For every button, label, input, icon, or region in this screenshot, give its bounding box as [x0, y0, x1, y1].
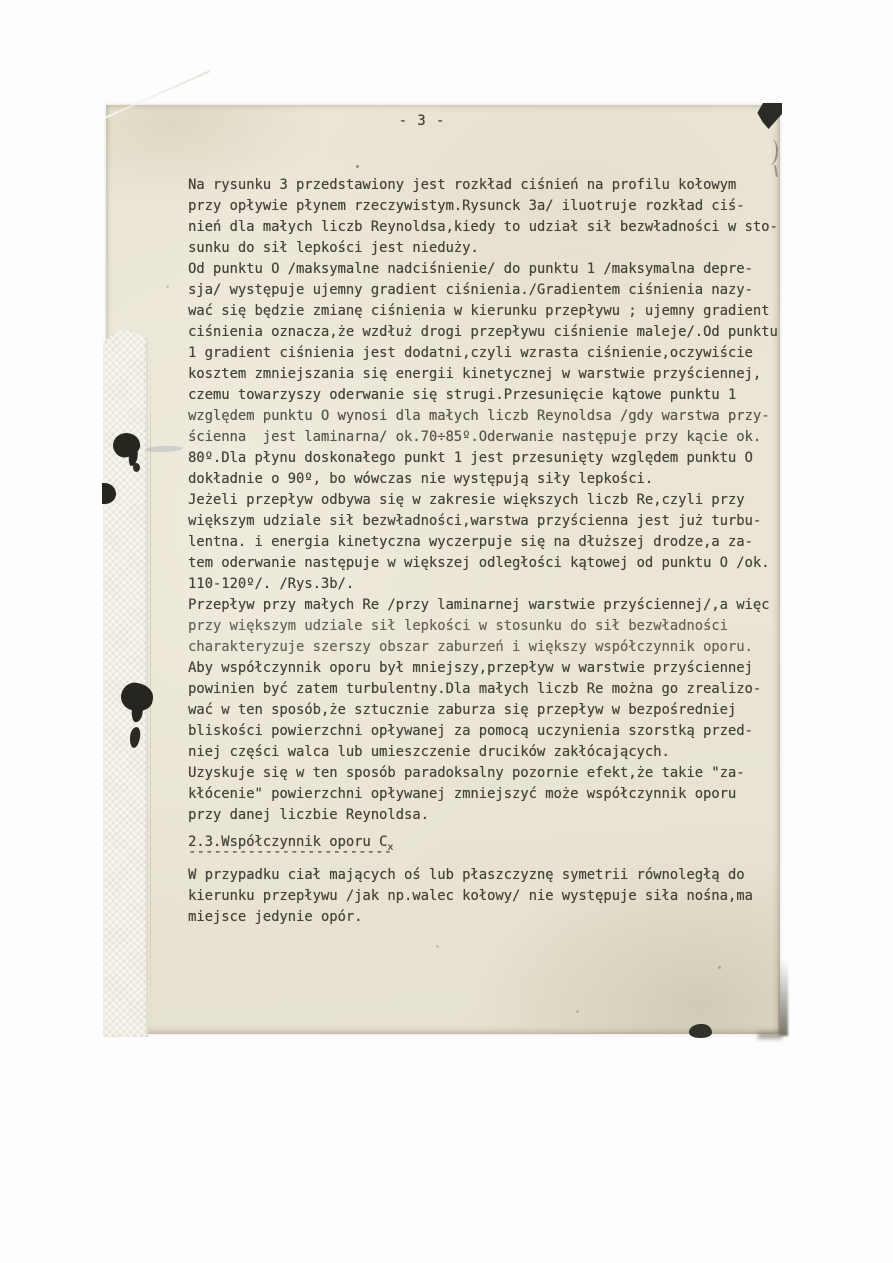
- text-line: 80º.Dla płynu doskonałego punkt 1 jest p…: [188, 448, 788, 469]
- text-line: sunku do sił lepkości jest nieduży.: [188, 238, 788, 259]
- text-line: Na rysunku 3 przedstawiony jest rozkład …: [188, 175, 788, 196]
- typewritten-text-block: Na rysunku 3 przedstawiony jest rozkład …: [188, 175, 788, 928]
- text-line: kłócenie" powierzchni opływanej zmniejsz…: [188, 784, 788, 805]
- text-line: wać się będzie zmianę ciśnienia w kierun…: [188, 301, 788, 322]
- text-line: Przepływ przy małych Re /przy laminarnej…: [188, 595, 788, 616]
- scan-edge-shadow: [758, 1032, 782, 1039]
- paper-speck: [166, 285, 169, 288]
- document-page: - 3 - Na rysunku 3 przedstawiony jest ro…: [106, 105, 780, 1034]
- top-right-corner-mark: [754, 103, 782, 129]
- ink-blob: [689, 1024, 712, 1038]
- paper-speck: [356, 165, 359, 168]
- paper-speck: [576, 1010, 579, 1013]
- scan-background: - 3 - Na rysunku 3 przedstawiony jest ro…: [0, 0, 893, 1263]
- text-line: sja/ występuje ujemny gradient ciśnienia…: [188, 280, 788, 301]
- text-line: W przypadku ciał mających oś lub płaszcz…: [188, 865, 788, 886]
- scan-edge-shadow: [779, 960, 788, 1036]
- text-line: charakteryzuje szerszy obszar zaburzeń i…: [188, 637, 788, 658]
- text-line: powinien być zatem turbulentny.Dla małyc…: [188, 679, 788, 700]
- text-line: niej części walca lub umieszczenie druci…: [188, 742, 788, 763]
- corner-crease: [100, 70, 210, 121]
- ink-blob: [133, 463, 140, 472]
- paper-speck: [718, 966, 721, 969]
- text-line: Jeżeli przepływ odbywa się w zakresie wi…: [188, 490, 788, 511]
- text-line: względem punktu O wynosi dla małych licz…: [188, 406, 788, 427]
- text-line: przy większym udziale sił lepkości w sto…: [188, 616, 788, 637]
- text-line: większym udziale sił bezwładności,warstw…: [188, 511, 788, 532]
- page-number: - 3 -: [376, 113, 468, 129]
- text-line: nień dla małych liczb Reynoldsa,kiedy to…: [188, 217, 788, 238]
- text-line: Od punktu O /maksymalne nadciśnienie/ do…: [188, 259, 788, 280]
- text-line: tem oderwanie następuje w większej odleg…: [188, 553, 788, 574]
- text-line: dokładnie o 90º, bo wówczas nie występuj…: [188, 469, 788, 490]
- text-line: bliskości powierzchni opływanej za pomoc…: [188, 721, 788, 742]
- text-line: ciśnienia oznacza,że wzdłuż drogi przepł…: [188, 322, 788, 343]
- text-line: kierunku przepływu /jak np.walec kołowy/…: [188, 886, 788, 907]
- right-edge-pen-mark: [766, 138, 780, 165]
- text-line: 110-120º/. /Rys.3b/.: [188, 574, 788, 595]
- paper-speck: [436, 945, 439, 948]
- smudge-mark: [145, 445, 183, 452]
- text-line: wać w ten sposób,że sztucznie zaburza si…: [188, 700, 788, 721]
- closing-paragraph: W przypadku ciał mających oś lub płaszcz…: [188, 865, 788, 928]
- text-line: ścienna jest laminarna/ ok.70÷85º.Oderwa…: [188, 427, 788, 448]
- text-line: czemu towarzyszy oderwanie się strugi.Pr…: [188, 385, 788, 406]
- heading-underline: ------------------------: [188, 842, 788, 863]
- text-line: lentna. i energia kinetyczna wyczerpuje …: [188, 532, 788, 553]
- text-line: przy danej liczbie Reynoldsa.: [188, 805, 788, 826]
- text-line: miejsce jedynie opór.: [188, 907, 788, 928]
- text-line: przy opływie płynem rzeczywistym.Rysunck…: [188, 196, 788, 217]
- text-line: Aby współczynnik oporu był mniejszy,prze…: [188, 658, 788, 679]
- text-line: kosztem zmniejszania się energii kinetyc…: [188, 364, 788, 385]
- text-line: 1 gradient ciśnienia jest dodatni,czyli …: [188, 343, 788, 364]
- text-line: Uzyskuje się w ten sposób paradoksalny p…: [188, 763, 788, 784]
